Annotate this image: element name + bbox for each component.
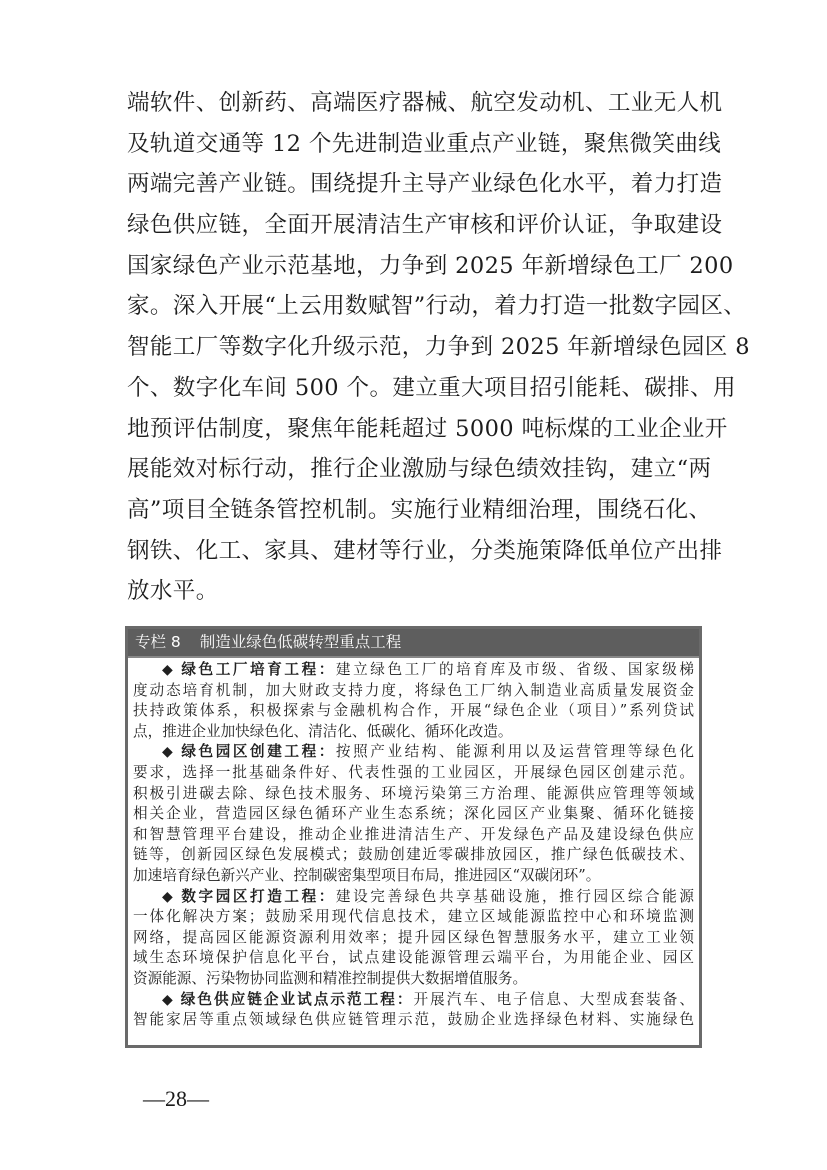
text-line: 和智慧管理平台建设，推动企业推进清洁生产、开发绿色产品及建设绿色供应 xyxy=(133,825,694,846)
list-item-green-park: ◆绿色园区创建工程：按照产业结构、能源利用以及运营管理等绿色化 要求，选择一批基… xyxy=(133,742,694,886)
text-line: 智能家居等重点领域绿色供应链管理示范，鼓励企业选择绿色材料、实施绿色 xyxy=(133,1010,694,1031)
text-line: 一体化解决方案；鼓励采用现代信息技术，建立区域能源监控中心和环境监测 xyxy=(133,907,694,928)
item-title: 绿色工厂培育工程： xyxy=(181,661,336,678)
text-line: 点，推进企业加快绿色化、清洁化、低碳化、循环化改造。 xyxy=(133,722,694,743)
item-title: 数字园区打造工程： xyxy=(181,888,336,905)
text-line: 绿色供应链，全面开展清洁生产审核和评价认证，争取建设 xyxy=(127,205,707,246)
text-line: 资源能源、污染物协同监测和精准控制提供大数据增值服务。 xyxy=(133,969,694,990)
column-title: 制造业绿色低碳转型重点工程 xyxy=(200,633,402,651)
text-line: ◆绿色园区创建工程：按照产业结构、能源利用以及运营管理等绿色化 xyxy=(133,742,694,763)
list-item-digital-park: ◆数字园区打造工程：建设完善绿色共享基础设施，推行园区综合能源 一体化解决方案；… xyxy=(133,887,694,990)
text-line: 域生态环境保护信息化平台，试点建设能源管理云端平台，为用能企业、园区 xyxy=(133,948,694,969)
text-line: 度动态培育机制，加大财政支持力度，将绿色工厂纳入制造业高质量发展资金 xyxy=(133,681,694,702)
text-line: ◆绿色工厂培育工程：建立绿色工厂的培育库及市级、省级、国家级梯 xyxy=(133,660,694,681)
diamond-bullet-icon: ◆ xyxy=(162,662,175,678)
list-item-green-supply-chain: ◆绿色供应链企业试点示范工程：开展汽车、电子信息、大型成套装备、 智能家居等重点… xyxy=(133,990,694,1031)
text-line: 网络，提高园区能源资源利用效率；提升园区绿色智慧服务水平，建立工业领 xyxy=(133,928,694,949)
column-box: 专栏 8 制造业绿色低碳转型重点工程 ◆绿色工厂培育工程：建立绿色工厂的培育库及… xyxy=(125,626,702,1048)
column-box-header: 专栏 8 制造业绿色低碳转型重点工程 xyxy=(128,629,699,658)
text-line: 相关企业，营造园区绿色循环产业生态系统；深化园区产业集聚、循环化链接 xyxy=(133,804,694,825)
text-line: 要求，选择一批基础条件好、代表性强的工业园区，开展绿色园区创建示范。 xyxy=(133,763,694,784)
text-line: 地预评估制度，聚焦年能耗超过 5000 吨标煤的工业企业开 xyxy=(127,409,707,450)
text-line: 家。深入开展“上云用数赋智”行动，着力打造一批数字园区、 xyxy=(127,286,707,327)
item-text: 建设完善绿色共享基础设施，推行园区综合能源 xyxy=(336,888,694,905)
text-line: 智能工厂等数字化升级示范，力争到 2025 年新增绿色园区 8 xyxy=(127,327,707,368)
document-page: 端软件、创新药、高端医疗器械、航空发动机、工业无人机 及轨道交通等 12 个先进… xyxy=(0,0,827,1170)
list-item-green-factory: ◆绿色工厂培育工程：建立绿色工厂的培育库及市级、省级、国家级梯 度动态培育机制，… xyxy=(133,660,694,742)
text-line: 及轨道交通等 12 个先进制造业重点产业链，聚焦微笑曲线 xyxy=(127,124,707,165)
text-line: 端软件、创新药、高端医疗器械、航空发动机、工业无人机 xyxy=(127,83,707,124)
text-line: ◆数字园区打造工程：建设完善绿色共享基础设施，推行园区综合能源 xyxy=(133,887,694,908)
text-line: 展能效对标行动，推行企业激励与绿色绩效挂钩，建立“两 xyxy=(127,449,707,490)
text-line: 放水平。 xyxy=(127,571,707,612)
item-text: 按照产业结构、能源利用以及运营管理等绿色化 xyxy=(336,743,694,760)
item-title: 绿色供应链企业试点示范工程： xyxy=(181,991,414,1008)
text-line: 国家绿色产业示范基地，力争到 2025 年新增绿色工厂 200 xyxy=(127,246,707,287)
text-line: 两端完善产业链。围绕提升主导产业绿色化水平，着力打造 xyxy=(127,164,707,205)
text-line: 加速培育绿色新兴产业、控制碳密集型项目布局，推进园区“双碳闭环”。 xyxy=(133,866,694,887)
column-number: 专栏 8 xyxy=(135,633,181,651)
item-text: 开展汽车、电子信息、大型成套装备、 xyxy=(413,991,694,1008)
text-line: 高”项目全链条管控机制。实施行业精细治理，围绕石化、 xyxy=(127,490,707,531)
text-line: 钢铁、化工、家具、建材等行业，分类施策降低单位产出排 xyxy=(127,531,707,572)
column-box-body: ◆绿色工厂培育工程：建立绿色工厂的培育库及市级、省级、国家级梯 度动态培育机制，… xyxy=(128,658,699,1031)
text-line: 积极引进碳去除、绿色技术服务、环境污染第三方治理、能源供应管理等领域 xyxy=(133,784,694,805)
diamond-bullet-icon: ◆ xyxy=(162,744,175,760)
item-text: 建立绿色工厂的培育库及市级、省级、国家级梯 xyxy=(336,661,694,678)
diamond-bullet-icon: ◆ xyxy=(162,992,175,1008)
text-line: 个、数字化车间 500 个。建立重大项目招引能耗、碳排、用 xyxy=(127,368,707,409)
body-paragraph: 端软件、创新药、高端医疗器械、航空发动机、工业无人机 及轨道交通等 12 个先进… xyxy=(127,83,707,612)
text-line: ◆绿色供应链企业试点示范工程：开展汽车、电子信息、大型成套装备、 xyxy=(133,990,694,1011)
item-title: 绿色园区创建工程： xyxy=(181,743,336,760)
diamond-bullet-icon: ◆ xyxy=(162,889,175,905)
page-number: —28— xyxy=(143,1086,209,1112)
text-line: 扶持政策体系，积极探索与金融机构合作，开展“绿色企业（项目）”系列贷试 xyxy=(133,701,694,722)
text-line: 链等，创新园区绿色发展模式；鼓励创建近零碳排放园区，推广绿色低碳技术、 xyxy=(133,845,694,866)
